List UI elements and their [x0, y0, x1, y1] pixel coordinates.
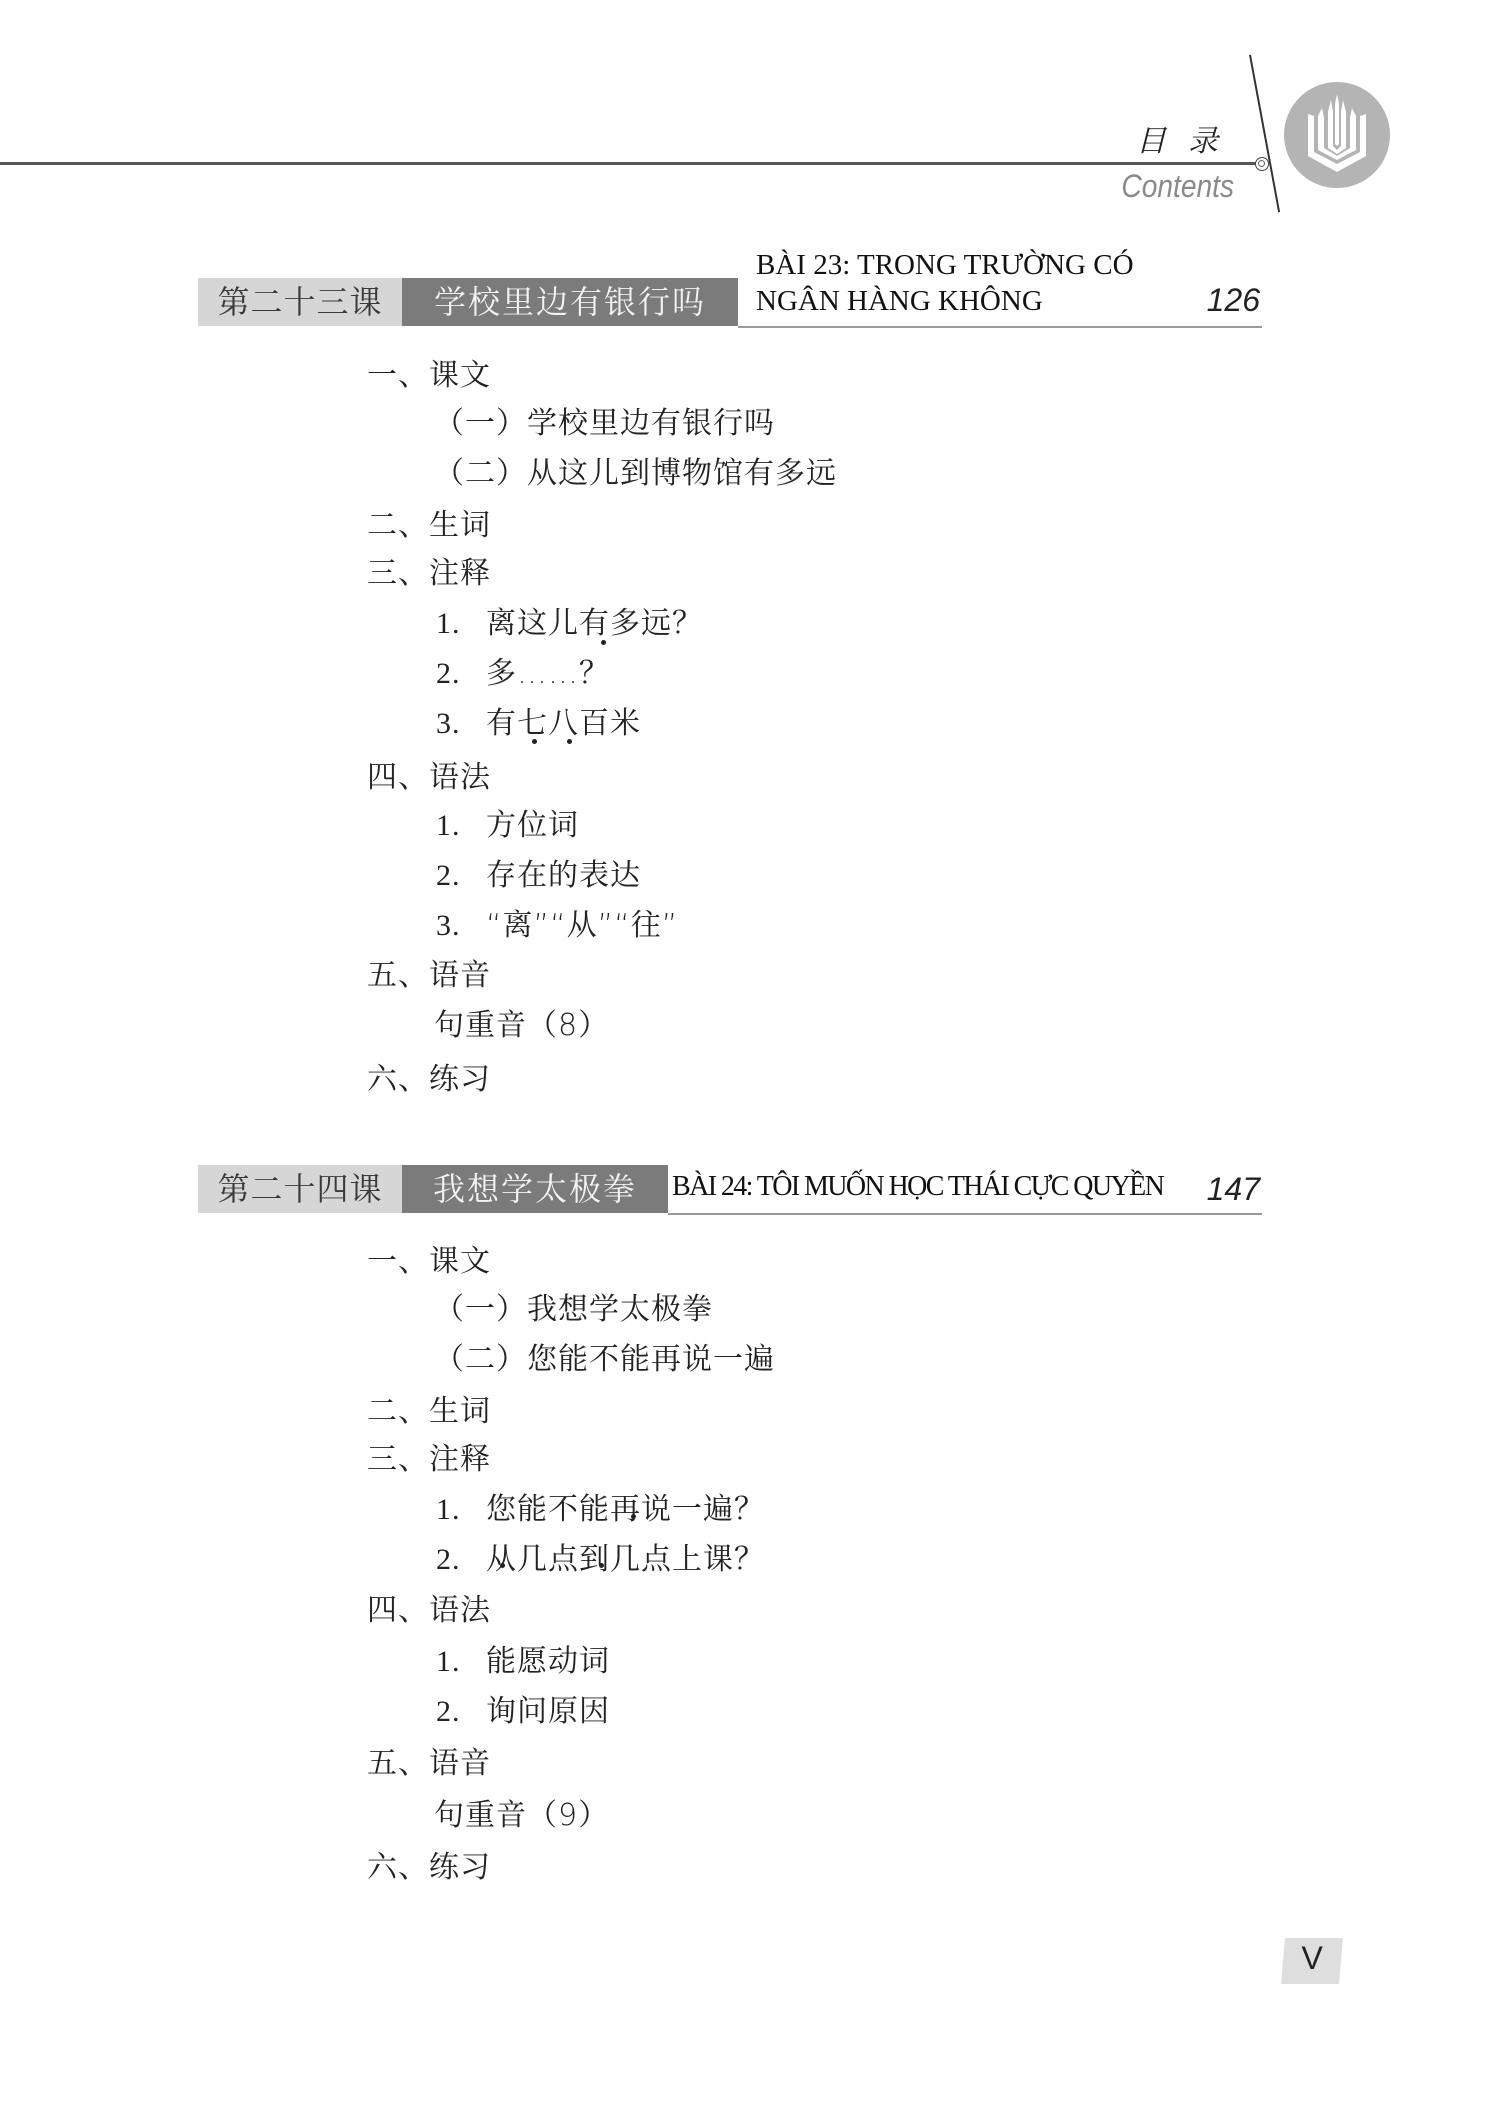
item-number: 3. [436, 707, 486, 741]
emphasis-dot [500, 1563, 505, 1568]
item-number: 2. [436, 657, 486, 691]
header-title-zh: 目录 [1136, 116, 1240, 160]
toc-section[interactable]: 二、生词 [367, 1386, 491, 1430]
toc-item[interactable]: 1.方位词 [436, 800, 579, 844]
header-ring-ornament [1255, 157, 1269, 171]
header-title-en: Contents [1121, 168, 1234, 205]
toc-item[interactable]: 3.有七八百米 [436, 698, 641, 742]
toc-item[interactable]: 1.能愿动词 [436, 1636, 610, 1680]
lesson-underline [738, 326, 1262, 328]
lesson-title-vi: BÀI 24: TÔI MUỐN HỌC THÁI CỰC QUYỀN [672, 1171, 1163, 1203]
item-text: 存在的表达 [486, 858, 641, 893]
item-number: 1. [436, 1645, 486, 1679]
item-number: 2. [436, 1695, 486, 1729]
item-number: 1. [436, 809, 486, 843]
toc-section[interactable]: 六、练习 [367, 1054, 491, 1098]
page-number-badge: V [1281, 1938, 1343, 1984]
emphasis-dot [601, 640, 606, 645]
lesson-title-zh: 学校里边有银行吗 [402, 278, 738, 326]
lesson-title-vi-line1: BÀI 23: TRONG TRƯỜNG CÓ [756, 247, 1134, 283]
toc-item[interactable]: 1.您能不能再说一遍？ [436, 1484, 765, 1528]
toc-section[interactable]: 三、注释 [367, 548, 491, 592]
toc-subsection[interactable]: （一）我想学太极拳 [434, 1284, 713, 1328]
header-diagonal-line [1249, 55, 1280, 213]
emphasis-dot [599, 1563, 604, 1568]
toc-section[interactable]: 一、课文 [367, 350, 491, 394]
item-number: 1. [436, 1493, 486, 1527]
toc-item[interactable]: 2.询问原因 [436, 1686, 610, 1730]
item-text: “离”“从”“往” [486, 908, 678, 943]
header-rule [0, 162, 1262, 165]
item-text: 离这儿有多远？ [486, 606, 703, 641]
toc-subsection[interactable]: （二）您能不能再说一遍 [434, 1334, 775, 1378]
lesson-page-number[interactable]: 126 [1207, 282, 1260, 319]
lesson-23-header[interactable]: 第二十三课 学校里边有银行吗 BÀI 23: TRONG TRƯỜNG CÓ N… [198, 278, 1262, 326]
page-number: V [1283, 1940, 1341, 1977]
item-number: 2. [436, 859, 486, 893]
item-text: 询问原因 [486, 1694, 610, 1729]
toc-subsection[interactable]: （一）学校里边有银行吗 [434, 398, 775, 442]
toc-section[interactable]: 四、语法 [367, 1585, 491, 1629]
item-text: 方位词 [486, 808, 579, 843]
toc-item[interactable]: 1.离这儿有多远？ [436, 598, 703, 642]
lesson-page-number[interactable]: 147 [1207, 1171, 1260, 1208]
lesson-number: 第二十三课 [198, 278, 402, 326]
lesson-title-vi: BÀI 23: TRONG TRƯỜNG CÓ NGÂN HÀNG KHÔNG [756, 247, 1134, 319]
lesson-24-header[interactable]: 第二十四课 我想学太极拳 BÀI 24: TÔI MUỐN HỌC THÁI C… [198, 1165, 1262, 1213]
toc-subsection[interactable]: 句重音（9） [434, 1790, 609, 1834]
emphasis-dot [567, 739, 572, 744]
item-text: 多……？ [486, 656, 610, 691]
toc-section[interactable]: 六、练习 [367, 1842, 491, 1886]
item-text: 您能不能再说一遍？ [486, 1492, 765, 1527]
toc-section[interactable]: 五、语音 [367, 1738, 491, 1782]
lesson-number: 第二十四课 [198, 1165, 402, 1213]
item-text: 从几点到几点上课？ [486, 1542, 765, 1577]
toc-section[interactable]: 四、语法 [367, 752, 491, 796]
toc-section[interactable]: 三、注释 [367, 1434, 491, 1478]
toc-section[interactable]: 二、生词 [367, 500, 491, 544]
item-text: 能愿动词 [486, 1644, 610, 1679]
item-text: 有七八百米 [486, 706, 641, 741]
toc-section[interactable]: 五、语音 [367, 950, 491, 994]
toc-item[interactable]: 2.从几点到几点上课？ [436, 1534, 765, 1578]
item-number: 1. [436, 607, 486, 641]
item-number: 3. [436, 909, 486, 943]
emphasis-dot [631, 1514, 636, 1519]
emphasis-dot [532, 739, 537, 744]
toc-subsection[interactable]: （二）从这儿到博物馆有多远 [434, 448, 837, 492]
open-book-logo-icon [1284, 82, 1390, 188]
lesson-title-vi-line2: NGÂN HÀNG KHÔNG [756, 283, 1134, 319]
toc-section[interactable]: 一、课文 [367, 1236, 491, 1280]
toc-item[interactable]: 3.“离”“从”“往” [436, 900, 678, 944]
item-number: 2. [436, 1543, 486, 1577]
toc-item[interactable]: 2.多……？ [436, 648, 610, 692]
toc-subsection[interactable]: 句重音（8） [434, 1000, 609, 1044]
lesson-title-zh: 我想学太极拳 [402, 1165, 668, 1213]
toc-item[interactable]: 2.存在的表达 [436, 850, 641, 894]
lesson-underline [668, 1213, 1262, 1215]
